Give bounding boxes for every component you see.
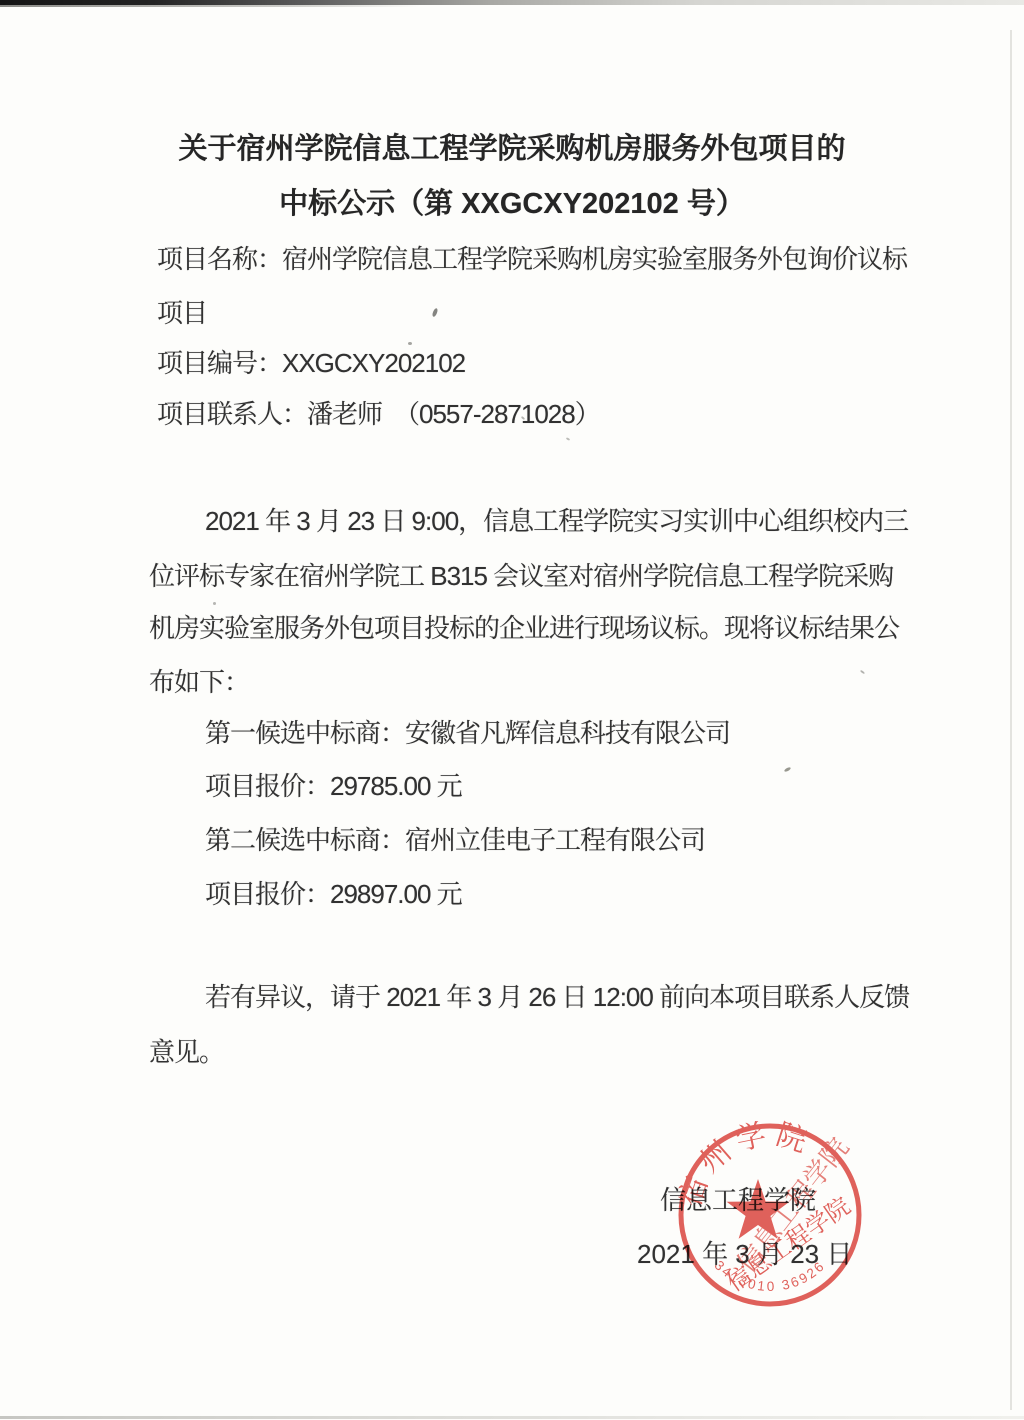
scan-edge-right: [1010, 30, 1012, 1410]
project-contact-line: 项目联系人：潘老师 （0557-2871028）: [157, 394, 600, 431]
project-name-line2: 项目: [157, 293, 207, 330]
scan-speck: [784, 767, 792, 773]
scan-edge-bottom: [0, 1416, 1024, 1419]
second-price-line: 项目报价：29897.00 元: [205, 874, 462, 911]
objection-notice-line1: 若有异议，请于 2021 年 3 月 26 日 12:00 前向本项目联系人反馈: [205, 977, 909, 1014]
scanned-document-page: 关于宿州学院信息工程学院采购机房服务外包项目的 中标公示（第 XXGCXY202…: [0, 0, 1024, 1420]
first-price-line: 项目报价：29785.00 元: [205, 766, 462, 803]
official-seal-stamp: 宿州学院 3413010 36926 信息工程学院 信息工程学院: [650, 1095, 890, 1335]
body-paragraph-line3: 机房实验室服务外包项目投标的企业进行现场议标。现将议标结果公: [149, 608, 899, 645]
scan-speck: [431, 308, 438, 318]
scan-speck: [566, 437, 570, 441]
scan-speck: [860, 670, 865, 675]
body-paragraph-line2: 位评标专家在宿州学院工 B315 会议室对宿州学院信息工程学院采购: [149, 556, 893, 593]
scan-edge-top-shadow: [0, 5, 420, 7]
project-name-line1: 项目名称：宿州学院信息工程学院采购机房实验室服务外包询价议标: [157, 239, 907, 276]
first-candidate-line: 第一候选中标商：安徽省凡辉信息科技有限公司: [205, 713, 730, 750]
second-candidate-line: 第二候选中标商：宿州立佳电子工程有限公司: [205, 820, 705, 857]
scan-speck: [408, 342, 412, 345]
document-title-line2: 中标公示（第 XXGCXY202102 号）: [0, 181, 1024, 222]
body-paragraph-line1: 2021 年 3 月 23 日 9:00，信息工程学院实习实训中心组织校内三: [205, 501, 908, 538]
project-number-line: 项目编号：XXGCXY202102: [157, 343, 465, 380]
body-paragraph-line4: 布如下：: [149, 662, 249, 699]
objection-notice-line2: 意见。: [149, 1032, 224, 1069]
scan-speck: [213, 602, 216, 605]
document-title-line1: 关于宿州学院信息工程学院采购机房服务外包项目的: [0, 126, 1024, 167]
